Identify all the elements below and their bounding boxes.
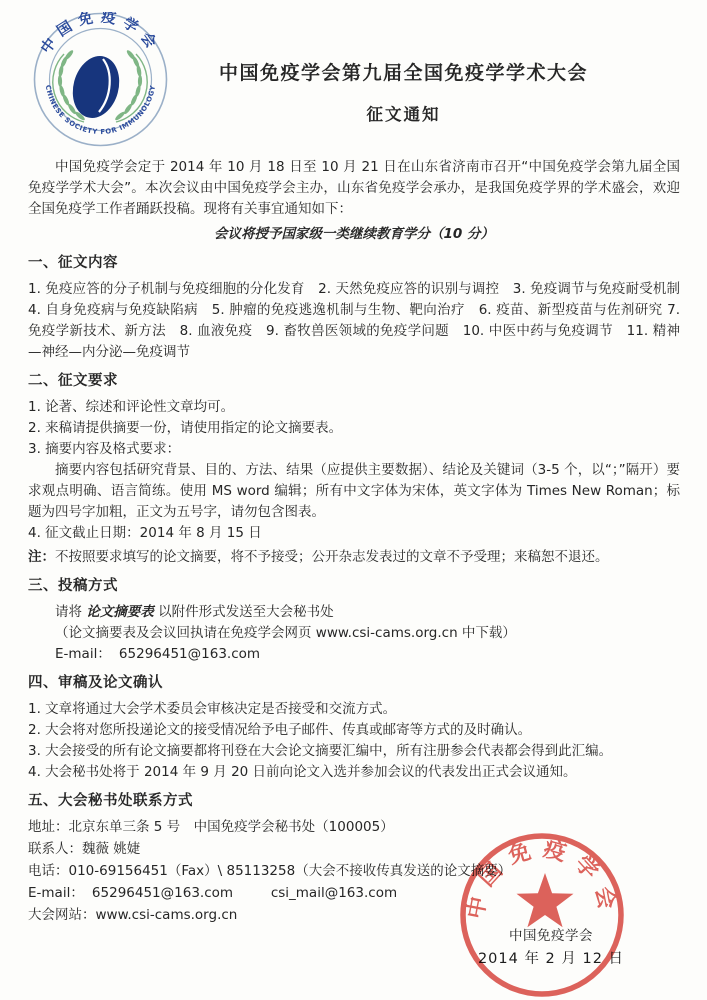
submission-rule-2: 2. 来稿请提供摘要一份，请使用指定的论文摘要表。 <box>28 418 680 439</box>
logo-arc-top-text: 中国免疫学会 <box>37 12 164 57</box>
document-body: 中国免疫学会定于 2014 年 10 月 18 日至 10 月 21 日在山东省… <box>28 157 680 927</box>
section-4-heading: 四、审稿及论文确认 <box>28 673 680 694</box>
svg-text:中国免疫学会: 中国免疫学会 <box>37 12 164 57</box>
review-item-2: 2. 大会将对您所投递论文的接受情况给予电子邮件、传真或邮寄等方式的及时确认。 <box>28 720 680 741</box>
review-item-4: 4. 大会秘书处将于 2014 年 9 月 20 日前向论文入选并参加会议的代表… <box>28 762 680 783</box>
review-item-3: 3. 大会接受的所有论文摘要都将刊登在大会论文摘要汇编中，所有注册参会代表都会得… <box>28 741 680 762</box>
note-text: 不按照要求填写的论文摘要，将不予接受；公开杂志发表过的文章不予受理；来稿恕不退还… <box>55 549 609 565</box>
section-2-heading: 二、征文要求 <box>28 371 680 392</box>
submission-rule-4: 4. 征文截止日期：2014 年 8 月 15 日 <box>28 523 680 544</box>
page-subtitle: 征文通知 <box>120 101 687 125</box>
submit-instruction-post: 以附件形式发送至大会秘书处 <box>154 604 334 620</box>
contact-email-2: csi_mail@163.com <box>271 885 397 901</box>
section-3-heading: 三、投稿方式 <box>28 576 680 597</box>
credit-line: 会议将授予国家级一类继续教育学分（10 分） <box>28 224 680 245</box>
note-line: 注：不按照要求填写的论文摘要，将不予接受；公开杂志发表过的文章不予受理；来稿恕不… <box>28 547 680 568</box>
format-detail: 摘要内容包括研究背景、目的、方法、结果（应提供主要数据）、结论及关键词（3-5 … <box>28 460 680 523</box>
section-1-topics: 1. 免疫应答的分子机制与免疫细胞的分化发育 2. 天然免疫应答的识别与调控 3… <box>28 279 680 363</box>
red-seal-stamp-icon: 中国免疫学会 <box>450 818 640 1000</box>
abstract-form-label: 论文摘要表 <box>86 604 154 620</box>
document-page: 中国免疫学会 CHINESE SOCIETY FOR IMMUNOLOGY <box>0 0 707 1000</box>
submission-rule-1: 1. 论著、综述和评论性文章均可。 <box>28 397 680 418</box>
review-item-1: 1. 文章将通过大会学术委员会审核决定是否接受和交流方式。 <box>28 699 680 720</box>
section-5-heading: 五、大会秘书处联系方式 <box>28 791 680 812</box>
contact-email-1: 65296451@163.com <box>92 885 233 901</box>
submit-instruction-pre: 请将 <box>55 604 86 620</box>
download-note: （论文摘要表及会议回执请在免疫学会网页 www.csi-cams.org.cn … <box>28 623 680 644</box>
email-label: E-mail： <box>55 646 111 662</box>
intro-paragraph: 中国免疫学会定于 2014 年 10 月 18 日至 10 月 21 日在山东省… <box>28 157 680 220</box>
page-title: 中国免疫学会第九届全国免疫学学术大会 <box>120 58 687 85</box>
submission-rule-3: 3. 摘要内容及格式要求： <box>28 439 680 460</box>
note-label: 注： <box>28 549 55 565</box>
submission-email-value: 65296451@163.com <box>119 646 260 662</box>
section-1-heading: 一、征文内容 <box>28 253 680 274</box>
submit-instruction: 请将 论文摘要表 以附件形式发送至大会秘书处 <box>28 602 680 623</box>
email-label: E-mail： <box>28 885 84 901</box>
submission-email-line: E-mail：65296451@163.com <box>28 644 680 665</box>
stamp-star-icon <box>517 873 574 927</box>
